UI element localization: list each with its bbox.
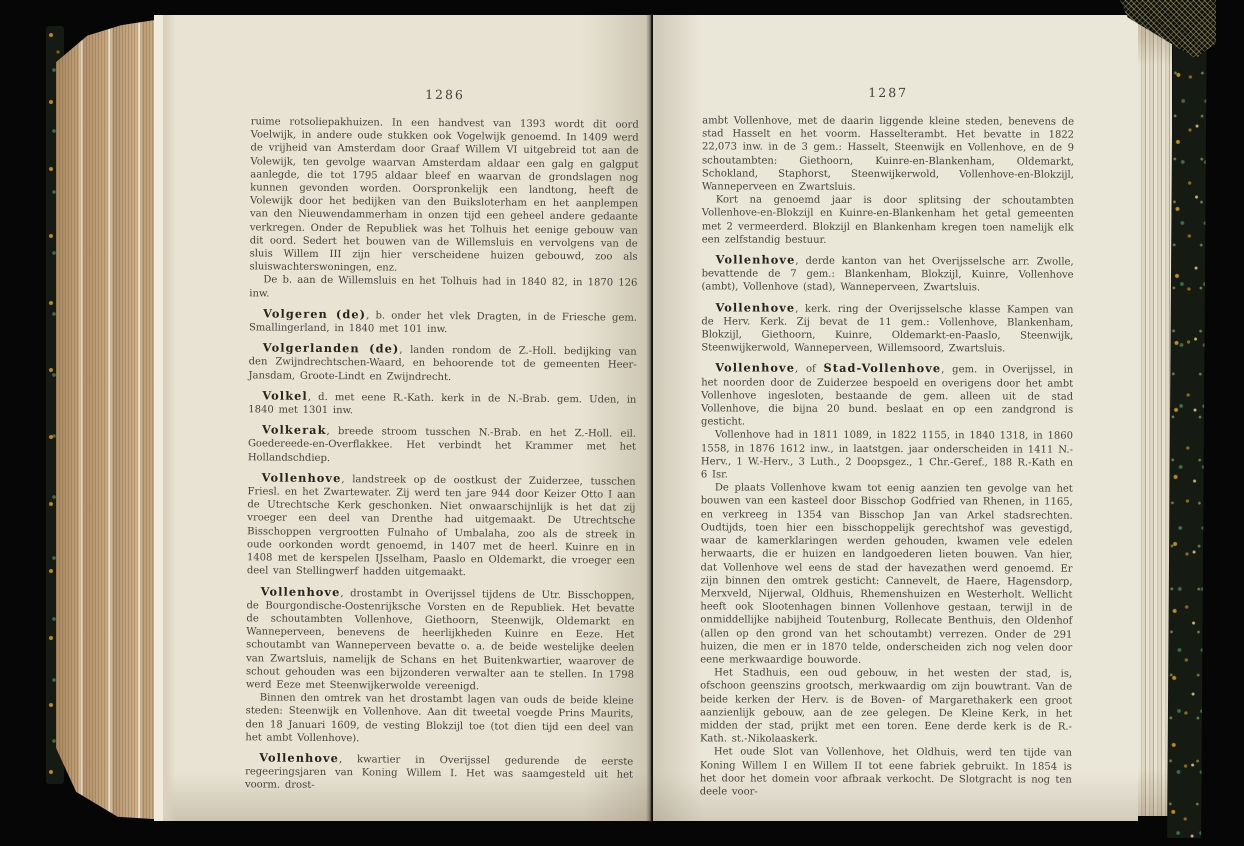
entry-paragraph: Volgeren (de), b. onder het vlek Dragten… [249,307,637,338]
marbled-cover-right [1167,0,1207,838]
page-left-text-column: 1286 ruime rotsoliepakhuizen. In een han… [245,85,639,795]
page-number-right: 1287 [702,84,1074,100]
entry-paragraph: Volgerlanden (de), landen rondom de Z.-H… [248,342,636,386]
entry-paragraph: Vollenhove, of Stad-Vollenhove, gem. in … [701,362,1073,430]
entry-headword: Volkerak [262,423,327,438]
paragraph: Binnen den omtrek van het drostambt lage… [245,691,633,747]
page-left: 1286 ruime rotsoliepakhuizen. In een han… [154,15,651,821]
page-right: 1287 ambt Vollenhove, met de daarin ligg… [653,15,1138,821]
page-number-left: 1286 [251,85,639,103]
entry-headword: Volkel [262,388,308,402]
stacked-page-edges-left [56,18,168,820]
paragraph: De b. aan de Willemsluis en het Tolhuis … [249,274,637,304]
entry-headword: Volgeren (de) [263,306,366,321]
entry-headword: Vollenhove [715,300,795,314]
entry-paragraph: Vollenhove, kerk. ring der Overijsselsch… [701,301,1073,356]
entry-headword: Vollenhove [716,252,796,266]
paragraph: Vollenhove had in 1811 1089, in 1822 115… [701,429,1073,483]
paragraph: Het oude Slot van Vollenhove, het Oldhui… [700,746,1072,800]
entry-paragraph: Vollenhove, derde kanton van het Overijs… [702,253,1074,295]
page-right-text-column: 1287 ambt Vollenhove, met de daarin ligg… [700,84,1074,799]
entry-paragraph: Volkel, d. met eene R.-Kath. kerk in de … [248,389,636,420]
paragraph: Het Stadhuis, een oud gebouw, in het wes… [700,666,1072,747]
paragraph: Kort na genoemd jaar is door splitsing d… [702,194,1074,248]
paragraph: ambt Vollenhove, met de daarin liggende … [702,114,1074,195]
page-right-body: ambt Vollenhove, met de daarin liggende … [700,114,1074,799]
entry-headword: Vollenhove [715,361,795,375]
entry-headword: Stad-Vollenhove [823,361,941,375]
entry-headword: Vollenhove [261,584,341,599]
page-left-body: ruime rotsoliepakhuizen. In een handvest… [245,115,639,795]
entry-headword: Volgerlanden (de) [263,341,400,356]
paragraph: ruime rotsoliepakhuizen. In een handvest… [249,115,638,277]
entry-paragraph: Vollenhove, drostambt in Overijssel tijd… [246,585,635,695]
stacked-page-edges-right [1138,18,1172,816]
entry-paragraph: Vollenhove, kwartier in Overijssel gedur… [245,751,633,795]
paragraph: De plaats Vollenhove kwam tot eenig aanz… [700,482,1073,668]
entry-paragraph: Volkerak, breede stroom tusschen N.-Brab… [248,424,636,468]
book-scan: 1286 ruime rotsoliepakhuizen. In een han… [0,0,1244,846]
entry-headword: Vollenhove [259,750,339,765]
entry-headword: Vollenhove [262,470,342,485]
entry-paragraph: Vollenhove, landstreek op de oostkust de… [247,471,636,581]
